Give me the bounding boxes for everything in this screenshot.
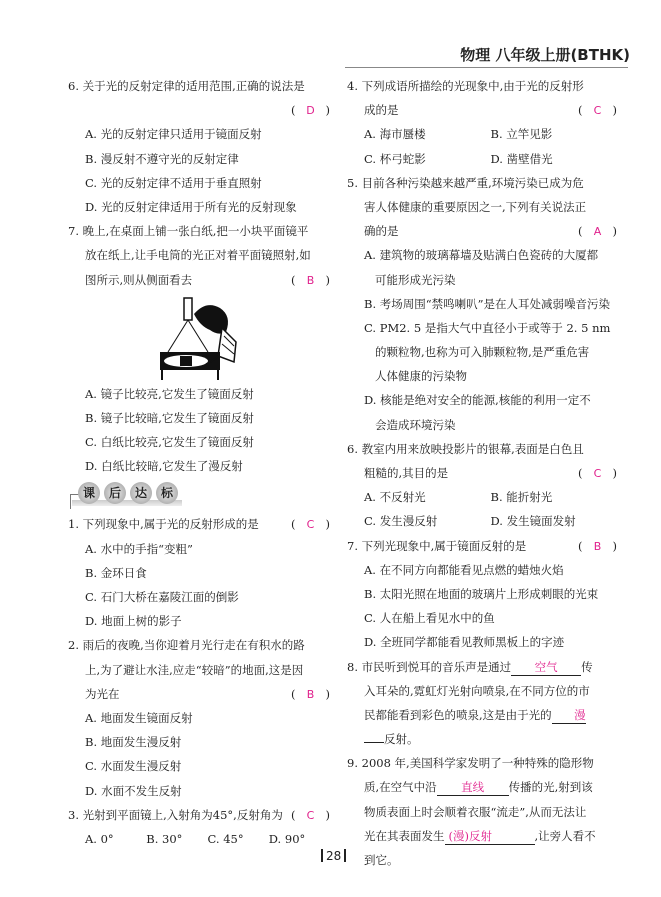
fill-blank-answer: 漫 — [552, 707, 586, 724]
question-stem: 4. 下列成语所描绘的光现象中,由于光的反射形 — [347, 74, 617, 98]
answer-bracket: (B) — [578, 534, 617, 559]
homework-question-1: 1. 下列现象中,属于光的反射形成的是(C) A. 水中的手指“变粗” B. 金… — [68, 512, 330, 633]
question-text: 传播的光,射到该 — [509, 780, 593, 794]
option-d: D. 全班同学都能看见教师黑板上的字迹 — [347, 630, 617, 654]
answer-bracket: (C) — [291, 512, 330, 537]
answer-letter: A — [583, 220, 613, 244]
page-number-text: 28 — [326, 849, 341, 863]
option-c: C. 水面发生漫反射 — [68, 754, 330, 778]
question-stem: 6. 教室内用来放映投影片的银幕,表面是白色且 — [347, 437, 617, 461]
option-c: C. 白纸比较亮,它发生了镜面反射 — [68, 430, 330, 454]
option-c: C. 杯弓蛇影 — [364, 147, 491, 171]
answer-letter: C — [296, 513, 326, 537]
figure-flashlight-mirror — [68, 292, 330, 382]
question-text: 到它。 — [347, 848, 617, 872]
question-stem: 害人体健康的重要原因之一,下列有关说法正 — [347, 195, 617, 219]
homework-question-8: 8. 市民听到悦耳的音乐声是通过空气传 入耳朵的,霓虹灯光射向喷泉,在不同方位的… — [347, 655, 617, 752]
fill-blank-continuation — [364, 742, 384, 743]
question-stem: 6. 关于光的反射定律的适用范围,正确的说法是 — [68, 74, 330, 98]
question-text: 8. 市民听到悦耳的音乐声是通过 — [347, 660, 511, 674]
question-stem: 7. 晚上,在桌面上铺一张白纸,把一小块平面镜平 — [68, 219, 330, 243]
option-c: C. PM2. 5 是指大气中直径小于或等于 2. 5 nm — [347, 316, 617, 340]
fill-blank-answer: (漫)反射 — [445, 828, 535, 845]
answer-letter: D — [296, 99, 326, 123]
option-a: A. 地面发生镜面反射 — [68, 706, 330, 730]
question-7: 7. 晚上,在桌面上铺一张白纸,把一小块平面镜平 放在纸上,让手电筒的光正对着平… — [68, 219, 330, 478]
option-b: B. 太阳光照在地面的玻璃片上形成刺眼的光束 — [347, 582, 617, 606]
option-b: B. 考场周围“禁鸣喇叭”是在人耳处减弱噪音污染 — [347, 292, 617, 316]
option-a: A. 0° — [85, 827, 146, 851]
question-text: 民都能看到彩色的喷泉,这是由于光的 — [364, 708, 552, 722]
answer-bracket: (D) — [291, 98, 330, 123]
option-c: C. 发生漫反射 — [364, 509, 491, 533]
answer-bracket: (C) — [578, 98, 617, 123]
question-stem: 确的是 — [364, 224, 399, 238]
section-banner-after-class: 课 后 达 标 — [68, 478, 330, 512]
question-stem: 放在纸上,让手电筒的光正对着平面镜照射,如 — [68, 243, 330, 267]
option-d: D. 白纸比较暗,它发生了漫反射 — [68, 454, 330, 478]
question-stem: 3. 光射到平面镜上,入射角为45°,反射角为 — [68, 808, 283, 822]
option-d: D. 地面上树的影子 — [68, 609, 330, 633]
answer-letter: B — [583, 535, 613, 559]
homework-question-5: 5. 目前各种污染越来越严重,环境污染已成为危 害人体健康的重要原因之一,下列有… — [347, 171, 617, 437]
option-d: D. 光的反射定律适用于所有光的反射现象 — [68, 195, 330, 219]
question-text: 反射。 — [384, 732, 419, 746]
question-text: 传 — [581, 660, 593, 674]
question-stem: 5. 目前各种污染越来越严重,环境污染已成为危 — [347, 171, 617, 195]
answer-bracket: (B) — [291, 268, 330, 293]
question-text: 质,在空气中沿 — [364, 780, 437, 794]
header-divider — [345, 67, 628, 68]
question-stem: 7. 下列光现象中,属于镜面反射的是 — [347, 539, 526, 553]
option-b: B. 30° — [146, 827, 207, 851]
option-d: D. 核能是绝对安全的能源,核能的利用一定不 — [347, 388, 617, 412]
option-d: D. 90° — [269, 827, 330, 851]
question-text: 9. 2008 年,美国科学家发明了一种特殊的隐形物 — [347, 751, 617, 775]
option-c: C. 人在船上看见水中的鱼 — [347, 606, 617, 630]
homework-question-3: 3. 光射到平面镜上,入射角为45°,反射角为(C) A. 0° B. 30° … — [68, 803, 330, 851]
book-header-title: 物理 八年级上册(BTHK) — [400, 44, 630, 65]
homework-question-6: 6. 教室内用来放映投影片的银幕,表面是白色且 粗糙的,其目的是(C) A. 不… — [347, 437, 617, 534]
question-text: 入耳朵的,霓虹灯光射向喷泉,在不同方位的市 — [347, 679, 617, 703]
option-a: A. 建筑物的玻璃幕墙及贴满白色瓷砖的大厦都 — [347, 243, 617, 267]
option-b: B. 地面发生漫反射 — [68, 730, 330, 754]
option-b: B. 立竿见影 — [491, 122, 618, 146]
answer-letter: C — [583, 462, 613, 486]
question-stem: 成的是 — [364, 103, 399, 117]
question-stem: 图所示,则从侧面看去 — [85, 273, 192, 287]
boy-flashlight-illustration-icon — [156, 292, 244, 380]
question-text: ,让旁人看不 — [535, 829, 596, 843]
question-stem: 为光在 — [85, 687, 120, 701]
option-d: D. 发生镜面发射 — [491, 509, 618, 533]
answer-bracket: (C) — [291, 803, 330, 828]
right-column: 4. 下列成语所描绘的光现象中,由于光的反射形 成的是(C) A. 海市蜃楼B.… — [347, 74, 617, 872]
option-c: C. 石门大桥在嘉陵江面的倒影 — [68, 585, 330, 609]
question-6: 6. 关于光的反射定律的适用范围,正确的说法是 (D) A. 光的反射定律只适用… — [68, 74, 330, 219]
option-c: C. 光的反射定律不适用于垂直照射 — [68, 171, 330, 195]
fill-blank-answer: 空气 — [511, 659, 581, 676]
fill-blank-answer: 直线 — [437, 779, 509, 796]
option-a: A. 在不同方向都能看见点燃的蜡烛火焰 — [347, 558, 617, 582]
option-c-cont: 的颗粒物,也称为可入肺颗粒物,是严重危害 — [347, 340, 617, 364]
option-b: B. 金环日食 — [68, 561, 330, 585]
page-bar-right — [344, 849, 346, 862]
option-a: A. 海市蜃楼 — [364, 122, 491, 146]
option-b: B. 能折射光 — [491, 485, 618, 509]
homework-question-2: 2. 雨后的夜晚,当你迎着月光行走在有积水的路 上,为了避让水洼,应走“较暗”的… — [68, 633, 330, 802]
answer-letter: B — [296, 269, 326, 293]
question-stem: 上,为了避让水洼,应走“较暗”的地面,这是因 — [68, 658, 330, 682]
option-b: B. 漫反射不遵守光的反射定律 — [68, 147, 330, 171]
question-stem: 粗糙的,其目的是 — [364, 466, 448, 480]
answer-letter: C — [296, 804, 326, 828]
question-text: 物质表面上时会顺着衣服“流走”,从而无法让 — [347, 800, 617, 824]
option-d: D. 凿壁借光 — [491, 147, 618, 171]
homework-question-4: 4. 下列成语所描绘的光现象中,由于光的反射形 成的是(C) A. 海市蜃楼B.… — [347, 74, 617, 171]
question-text: 光在其表面发生 — [364, 829, 445, 843]
question-stem: 1. 下列现象中,属于光的反射形成的是 — [68, 517, 259, 531]
option-b: B. 镜子比较暗,它发生了镜面反射 — [68, 406, 330, 430]
option-a: A. 光的反射定律只适用于镜面反射 — [68, 122, 330, 146]
page-number: 28 — [318, 849, 349, 863]
option-a: A. 水中的手指“变粗” — [68, 537, 330, 561]
option-a-cont: 可能形成光污染 — [347, 268, 617, 292]
answer-letter: C — [583, 99, 613, 123]
option-a: A. 不反射光 — [364, 485, 491, 509]
answer-letter: B — [296, 683, 326, 707]
homework-question-9: 9. 2008 年,美国科学家发明了一种特殊的隐形物 质,在空气中沿直线传播的光… — [347, 751, 617, 872]
answer-bracket: (C) — [578, 461, 617, 486]
answer-bracket: (B) — [291, 682, 330, 707]
page-bar-left — [321, 849, 323, 862]
option-d: D. 水面不发生反射 — [68, 779, 330, 803]
answer-bracket: (A) — [578, 219, 617, 244]
homework-question-7: 7. 下列光现象中,属于镜面反射的是(B) A. 在不同方向都能看见点燃的蜡烛火… — [347, 534, 617, 655]
option-c: C. 45° — [208, 827, 269, 851]
option-c-cont: 人体健康的污染物 — [347, 364, 617, 388]
option-d-cont: 会造成环境污染 — [347, 413, 617, 437]
question-stem: 2. 雨后的夜晚,当你迎着月光行走在有积水的路 — [68, 633, 330, 657]
left-column: 6. 关于光的反射定律的适用范围,正确的说法是 (D) A. 光的反射定律只适用… — [68, 74, 330, 851]
option-a: A. 镜子比较亮,它发生了镜面反射 — [68, 382, 330, 406]
